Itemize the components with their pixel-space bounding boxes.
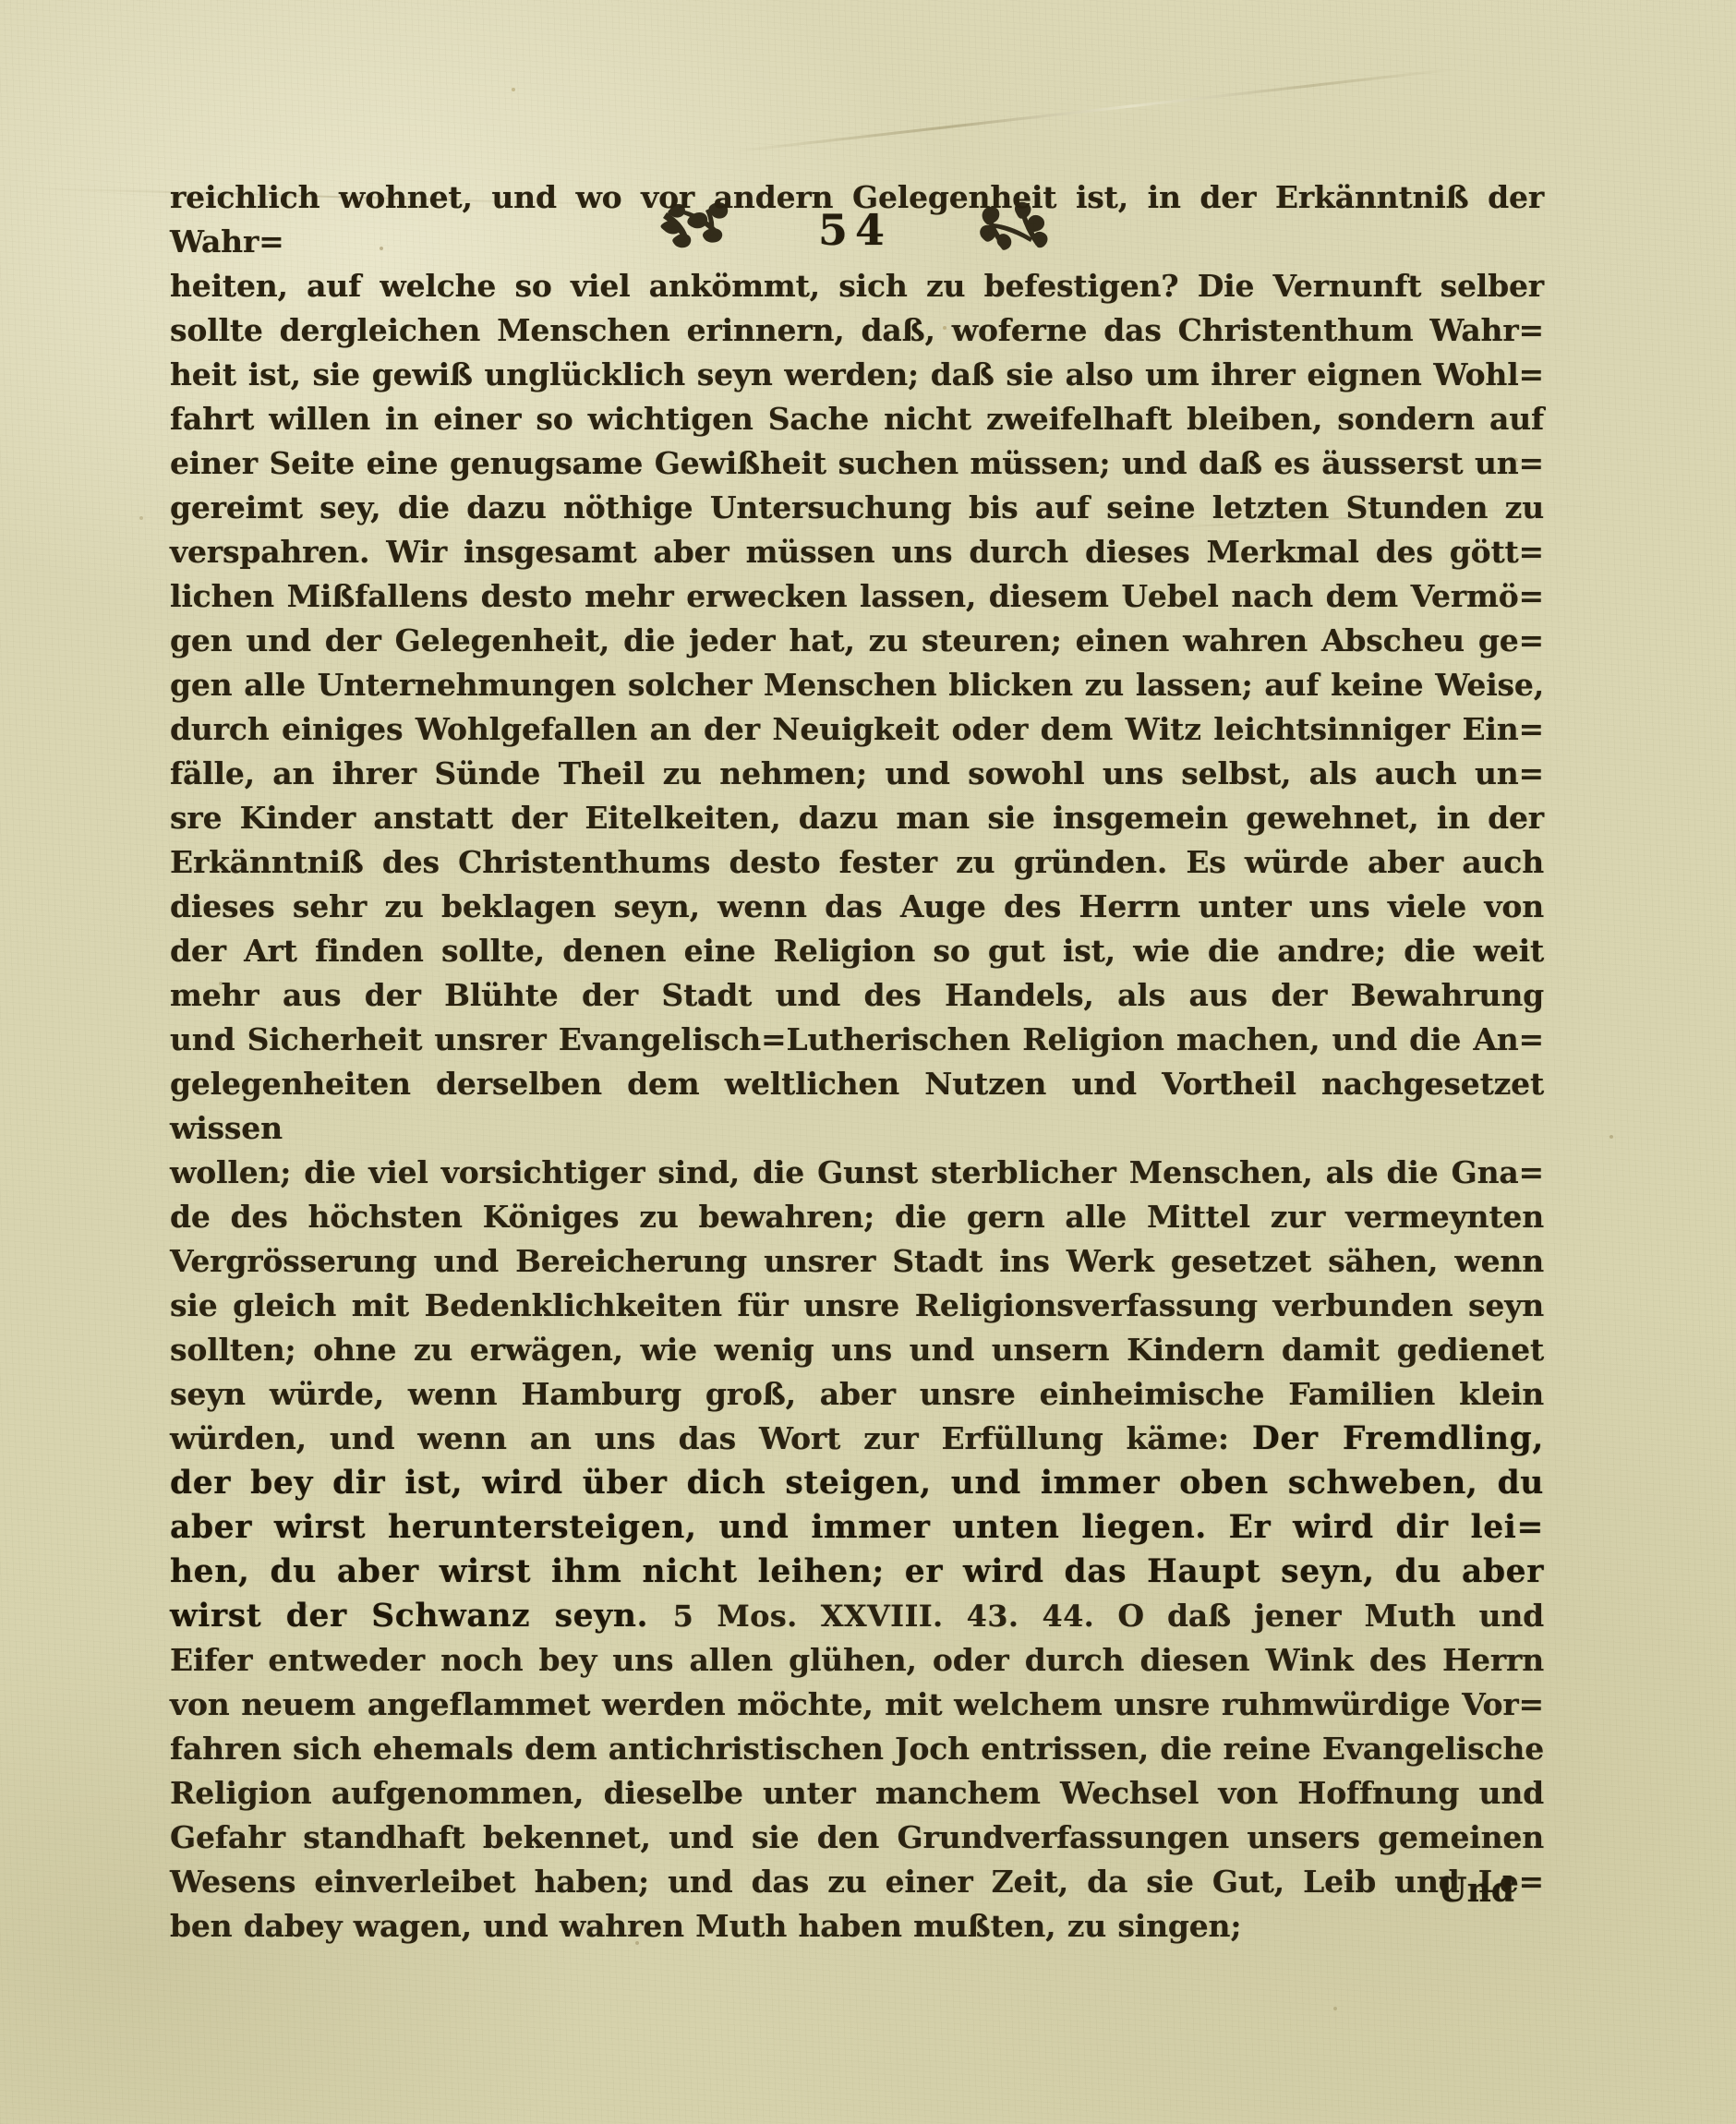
text-line: fahren sich ehemals dem antichristischen…	[170, 1727, 1544, 1771]
text-line: fälle, an ihrer Sünde Theil zu nehmen; u…	[170, 752, 1544, 796]
text-line: de des höchsten Königes zu bewahren; die…	[170, 1195, 1544, 1239]
text-line: sollten; ohne zu erwägen, wie wenig uns …	[170, 1328, 1544, 1372]
body-text-segment: fahrt willen in einer so wichtigen Sache…	[170, 401, 1544, 437]
text-block: reichlich wohnet, und wo vor andern Gele…	[170, 175, 1544, 1949]
body-text-segment: gen alle Unternehmungen solcher Menschen…	[170, 667, 1544, 703]
text-line: heit ist, sie gewiß unglücklich seyn wer…	[170, 353, 1544, 397]
body-text-segment: O daß jener Muth und	[1117, 1598, 1544, 1634]
body-text-segment: gelegenheiten derselben dem weltlichen N…	[170, 1066, 1544, 1146]
scripture-citation-segment: 5 Mos. XXVIII. 43. 44.	[673, 1599, 1118, 1634]
text-line: gereimt sey, die dazu nöthige Untersuchu…	[170, 486, 1544, 530]
scripture-quote-segment: Der Fremdling,	[1252, 1420, 1544, 1457]
text-line: Religion aufgenommen, dieselbe unter man…	[170, 1771, 1544, 1816]
text-line: und Sicherheit unsrer Evangelisch=Luther…	[170, 1018, 1544, 1062]
body-text-segment: lichen Mißfallens desto mehr erwecken la…	[170, 578, 1544, 614]
body-text-segment: von neuem angeflammet werden möchte, mit…	[170, 1686, 1544, 1722]
text-line: der bey dir ist, wird über dich steigen,…	[170, 1461, 1544, 1505]
scripture-quote-segment: der bey dir ist, wird über dich steigen,…	[170, 1465, 1544, 1502]
catchword: Und	[1438, 1871, 1514, 1910]
page-header: 54	[0, 92, 1736, 175]
scripture-quote-segment: aber wirst heruntersteigen, und immer un…	[170, 1509, 1544, 1546]
body-text-segment: gereimt sey, die dazu nöthige Untersuchu…	[170, 489, 1544, 525]
body-text-segment: ben dabey wagen, und wahren Muth haben m…	[170, 1908, 1241, 1944]
text-line: wirst der Schwanz seyn. 5 Mos. XXVIII. 4…	[170, 1594, 1544, 1638]
body-text-segment: sollten; ohne zu erwägen, wie wenig uns …	[170, 1332, 1544, 1368]
body-text-segment: Wesens einverleibet haben; und das zu ei…	[170, 1864, 1544, 1900]
text-line: lichen Mißfallens desto mehr erwecken la…	[170, 574, 1544, 619]
text-line: Wesens einverleibet haben; und das zu ei…	[170, 1860, 1544, 1904]
text-line: dieses sehr zu beklagen seyn, wenn das A…	[170, 885, 1544, 929]
body-text-segment: heiten, auf welche so viel ankömmt, sich…	[170, 268, 1544, 304]
body-text-segment: durch einiges Wohlgefallen an der Neuigk…	[170, 711, 1544, 747]
body-text-segment: wollen; die viel vorsichtiger sind, die …	[170, 1154, 1544, 1190]
body-text-segment: de des höchsten Königes zu bewahren; die…	[170, 1199, 1544, 1235]
body-text-segment: sie gleich mit Bedenklichkeiten für unsr…	[170, 1287, 1544, 1323]
paper-specks	[0, 0, 2, 2]
text-line: Gefahr standhaft bekennet, und sie den G…	[170, 1816, 1544, 1860]
text-line: sre Kinder anstatt der Eitelkeiten, dazu…	[170, 796, 1544, 840]
text-line: Erkänntniß des Christenthums desto feste…	[170, 840, 1544, 885]
text-line: hen, du aber wirst ihm nicht leihen; er …	[170, 1550, 1544, 1594]
body-text-segment: fälle, an ihrer Sünde Theil zu nehmen; u…	[170, 755, 1544, 791]
body-text-segment: mehr aus der Blühte der Stadt und des Ha…	[170, 977, 1544, 1013]
text-line: ben dabey wagen, und wahren Muth haben m…	[170, 1904, 1544, 1949]
text-line: der Art finden sollte, denen eine Religi…	[170, 929, 1544, 973]
body-text-segment: der Art finden sollte, denen eine Religi…	[170, 933, 1544, 969]
text-line: von neuem angeflammet werden möchte, mit…	[170, 1683, 1544, 1727]
text-line: einer Seite eine genugsame Gewißheit suc…	[170, 441, 1544, 486]
text-line: sollte dergleichen Menschen erinnern, da…	[170, 308, 1544, 353]
text-line: mehr aus der Blühte der Stadt und des Ha…	[170, 973, 1544, 1018]
text-line: gelegenheiten derselben dem weltlichen N…	[170, 1062, 1544, 1151]
text-line: heiten, auf welche so viel ankömmt, sich…	[170, 264, 1544, 308]
body-text-segment: Erkänntniß des Christenthums desto feste…	[170, 844, 1544, 880]
body-text-segment: Gefahr standhaft bekennet, und sie den G…	[170, 1819, 1544, 1855]
scripture-quote-segment: hen, du aber wirst ihm nicht leihen; er …	[170, 1553, 1544, 1590]
scanned-page: 54 reichlich wohnet, und wo vor andern G…	[0, 0, 1736, 2124]
text-line: aber wirst heruntersteigen, und immer un…	[170, 1505, 1544, 1550]
body-text-segment: reichlich wohnet, und wo vor andern Gele…	[170, 179, 1544, 259]
body-text-segment: sollte dergleichen Menschen erinnern, da…	[170, 312, 1544, 348]
body-text-segment: seyn würde, wenn Hamburg groß, aber unsr…	[170, 1376, 1544, 1412]
text-line: wollen; die viel vorsichtiger sind, die …	[170, 1151, 1544, 1195]
body-text-segment: Eifer entweder noch bey uns allen glühen…	[170, 1642, 1544, 1678]
text-line: reichlich wohnet, und wo vor andern Gele…	[170, 175, 1544, 264]
body-text-segment: sre Kinder anstatt der Eitelkeiten, dazu…	[170, 800, 1544, 836]
text-line: seyn würde, wenn Hamburg groß, aber unsr…	[170, 1372, 1544, 1417]
text-line: verspahren. Wir insgesamt aber müssen un…	[170, 530, 1544, 574]
body-text-segment: einer Seite eine genugsame Gewißheit suc…	[170, 445, 1544, 481]
text-line: Vergrösserung und Bereicherung unsrer St…	[170, 1239, 1544, 1284]
text-line: gen und der Gelegenheit, die jeder hat, …	[170, 619, 1544, 663]
text-line: würden, und wenn an uns das Wort zur Erf…	[170, 1417, 1544, 1461]
body-text-segment: Religion aufgenommen, dieselbe unter man…	[170, 1775, 1544, 1811]
body-text-segment: dieses sehr zu beklagen seyn, wenn das A…	[170, 888, 1544, 924]
text-line: fahrt willen in einer so wichtigen Sache…	[170, 397, 1544, 441]
text-line: Eifer entweder noch bey uns allen glühen…	[170, 1638, 1544, 1683]
body-text-segment: verspahren. Wir insgesamt aber müssen un…	[170, 534, 1544, 570]
body-text-segment: würden, und wenn an uns das Wort zur Erf…	[170, 1420, 1252, 1456]
text-line: sie gleich mit Bedenklichkeiten für unsr…	[170, 1284, 1544, 1328]
body-text-segment: heit ist, sie gewiß unglücklich seyn wer…	[170, 356, 1544, 392]
scripture-quote-segment: wirst der Schwanz seyn.	[170, 1598, 673, 1635]
body-text-segment: und Sicherheit unsrer Evangelisch=Luther…	[170, 1021, 1544, 1057]
body-text-segment: fahren sich ehemals dem antichristischen…	[170, 1731, 1544, 1767]
body-text-segment: gen und der Gelegenheit, die jeder hat, …	[170, 622, 1544, 658]
text-line: durch einiges Wohlgefallen an der Neuigk…	[170, 707, 1544, 752]
body-text-segment: Vergrösserung und Bereicherung unsrer St…	[170, 1243, 1544, 1279]
text-line: gen alle Unternehmungen solcher Menschen…	[170, 663, 1544, 707]
